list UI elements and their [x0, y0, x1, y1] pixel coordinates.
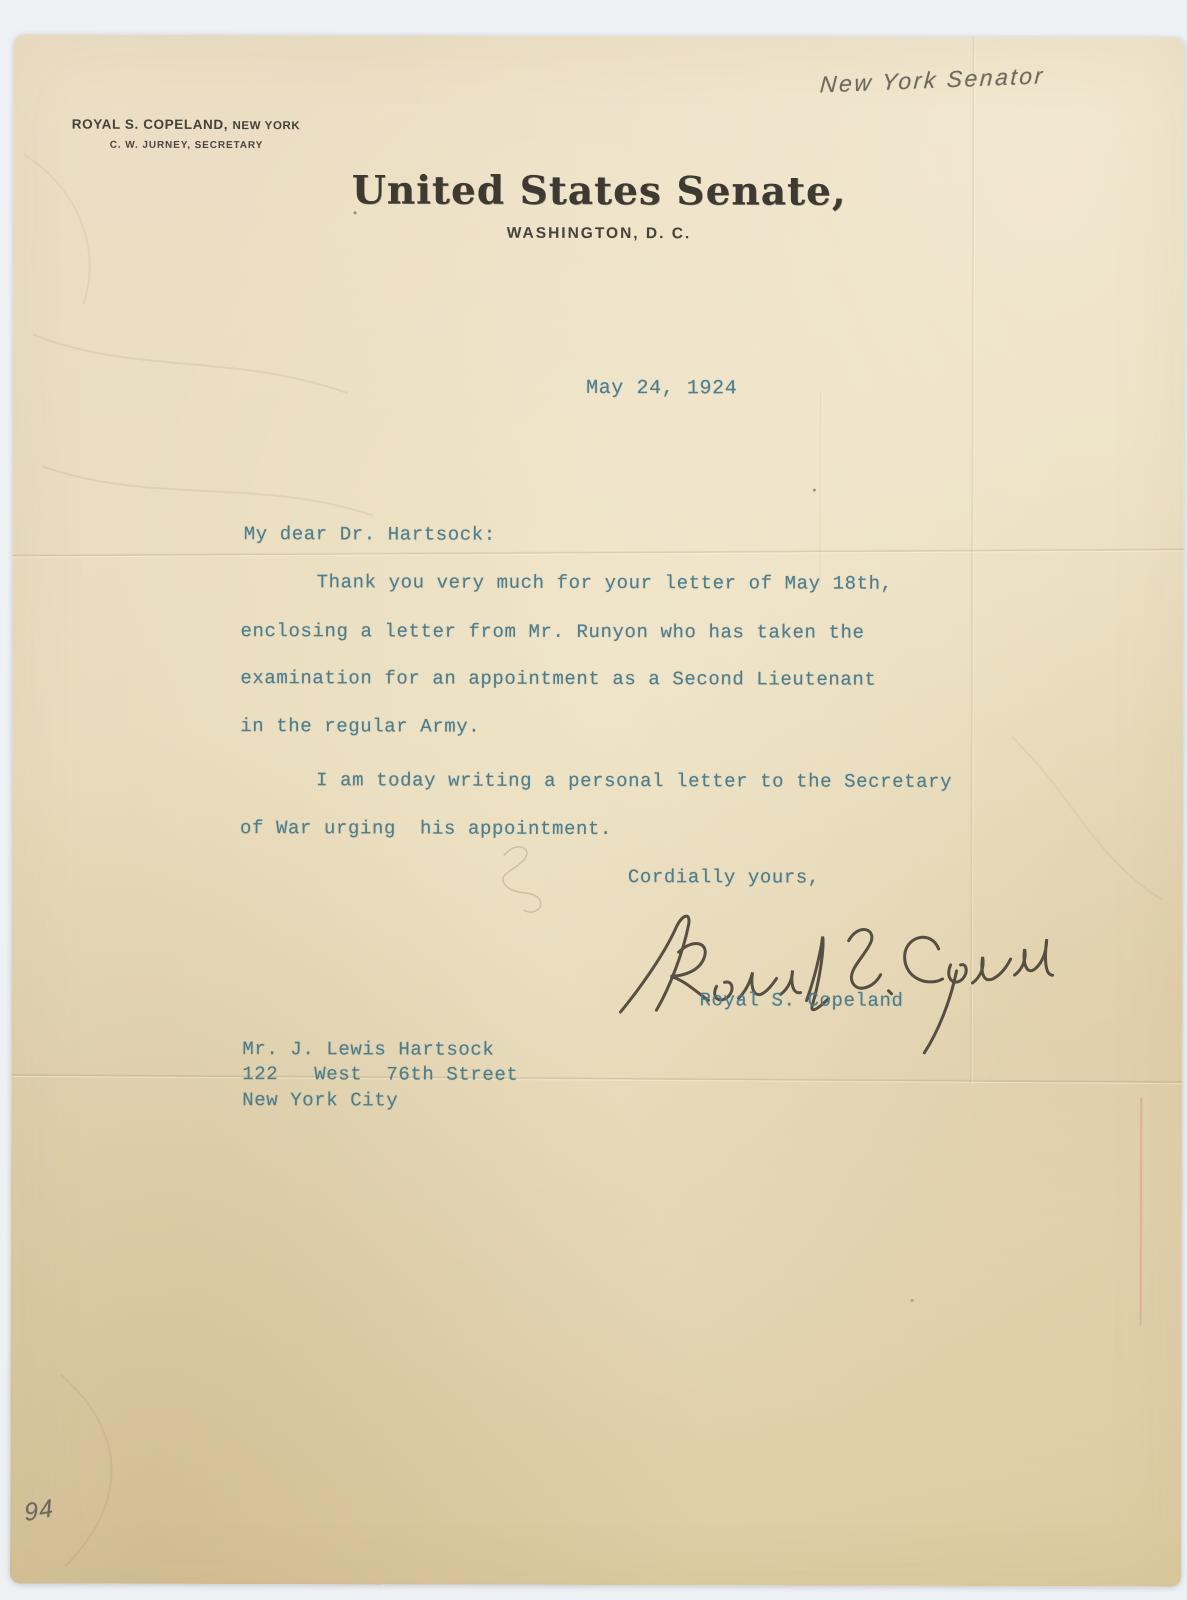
recipient-line: New York City — [242, 1089, 398, 1111]
letterhead-sender: ROYAL S. COPELAND, NEW YORK — [72, 117, 301, 133]
handwritten-note: New York Senator — [819, 62, 1046, 98]
page-number-pencil: 94 — [23, 1494, 55, 1528]
wrinkle-vertical-faint — [819, 392, 824, 587]
recipient-line: 122 West 76th Street — [242, 1063, 518, 1086]
body-line: I am today writing a personal letter to … — [316, 769, 952, 793]
letterhead-sender-name: ROYAL S. COPELAND, — [72, 117, 233, 132]
typed-signature: Royal S. Copeland — [699, 989, 903, 1012]
body-line: examination for an appointment as a Seco… — [240, 667, 876, 691]
body-line: enclosing a letter from Mr. Runyon who h… — [240, 620, 864, 644]
closing: Cordially yours, — [628, 866, 820, 889]
fold-crease-horizontal-upper — [13, 548, 1184, 558]
letterhead-secretary: C. W. JURNEY, SECRETARY — [110, 140, 264, 151]
fold-crease-horizontal-lower — [11, 1073, 1182, 1084]
paper-wrinkles — [10, 34, 1185, 1586]
recipient-line: Mr. J. Lewis Hartsock — [242, 1038, 494, 1061]
senate-title: United States Senate, — [14, 166, 1185, 215]
salutation: My dear Dr. Hartsock: — [244, 523, 496, 546]
body-line: of War urging his appointment. — [240, 817, 612, 840]
pink-scan-line — [1140, 1097, 1143, 1325]
paper-speck — [813, 489, 816, 492]
paper-speck — [911, 1299, 914, 1302]
letterhead-sender-state: NEW YORK — [232, 120, 300, 132]
senate-location: WASHINGTON, D. C. — [13, 223, 1184, 244]
letter-date: May 24, 1924 — [586, 377, 737, 400]
scanned-letter-scene: New York Senator ROYAL S. COPELAND, NEW … — [0, 0, 1187, 1600]
letter-paper: New York Senator ROYAL S. COPELAND, NEW … — [10, 34, 1185, 1586]
body-line: Thank you very much for your letter of M… — [317, 571, 893, 595]
body-line: in the regular Army. — [240, 715, 480, 738]
